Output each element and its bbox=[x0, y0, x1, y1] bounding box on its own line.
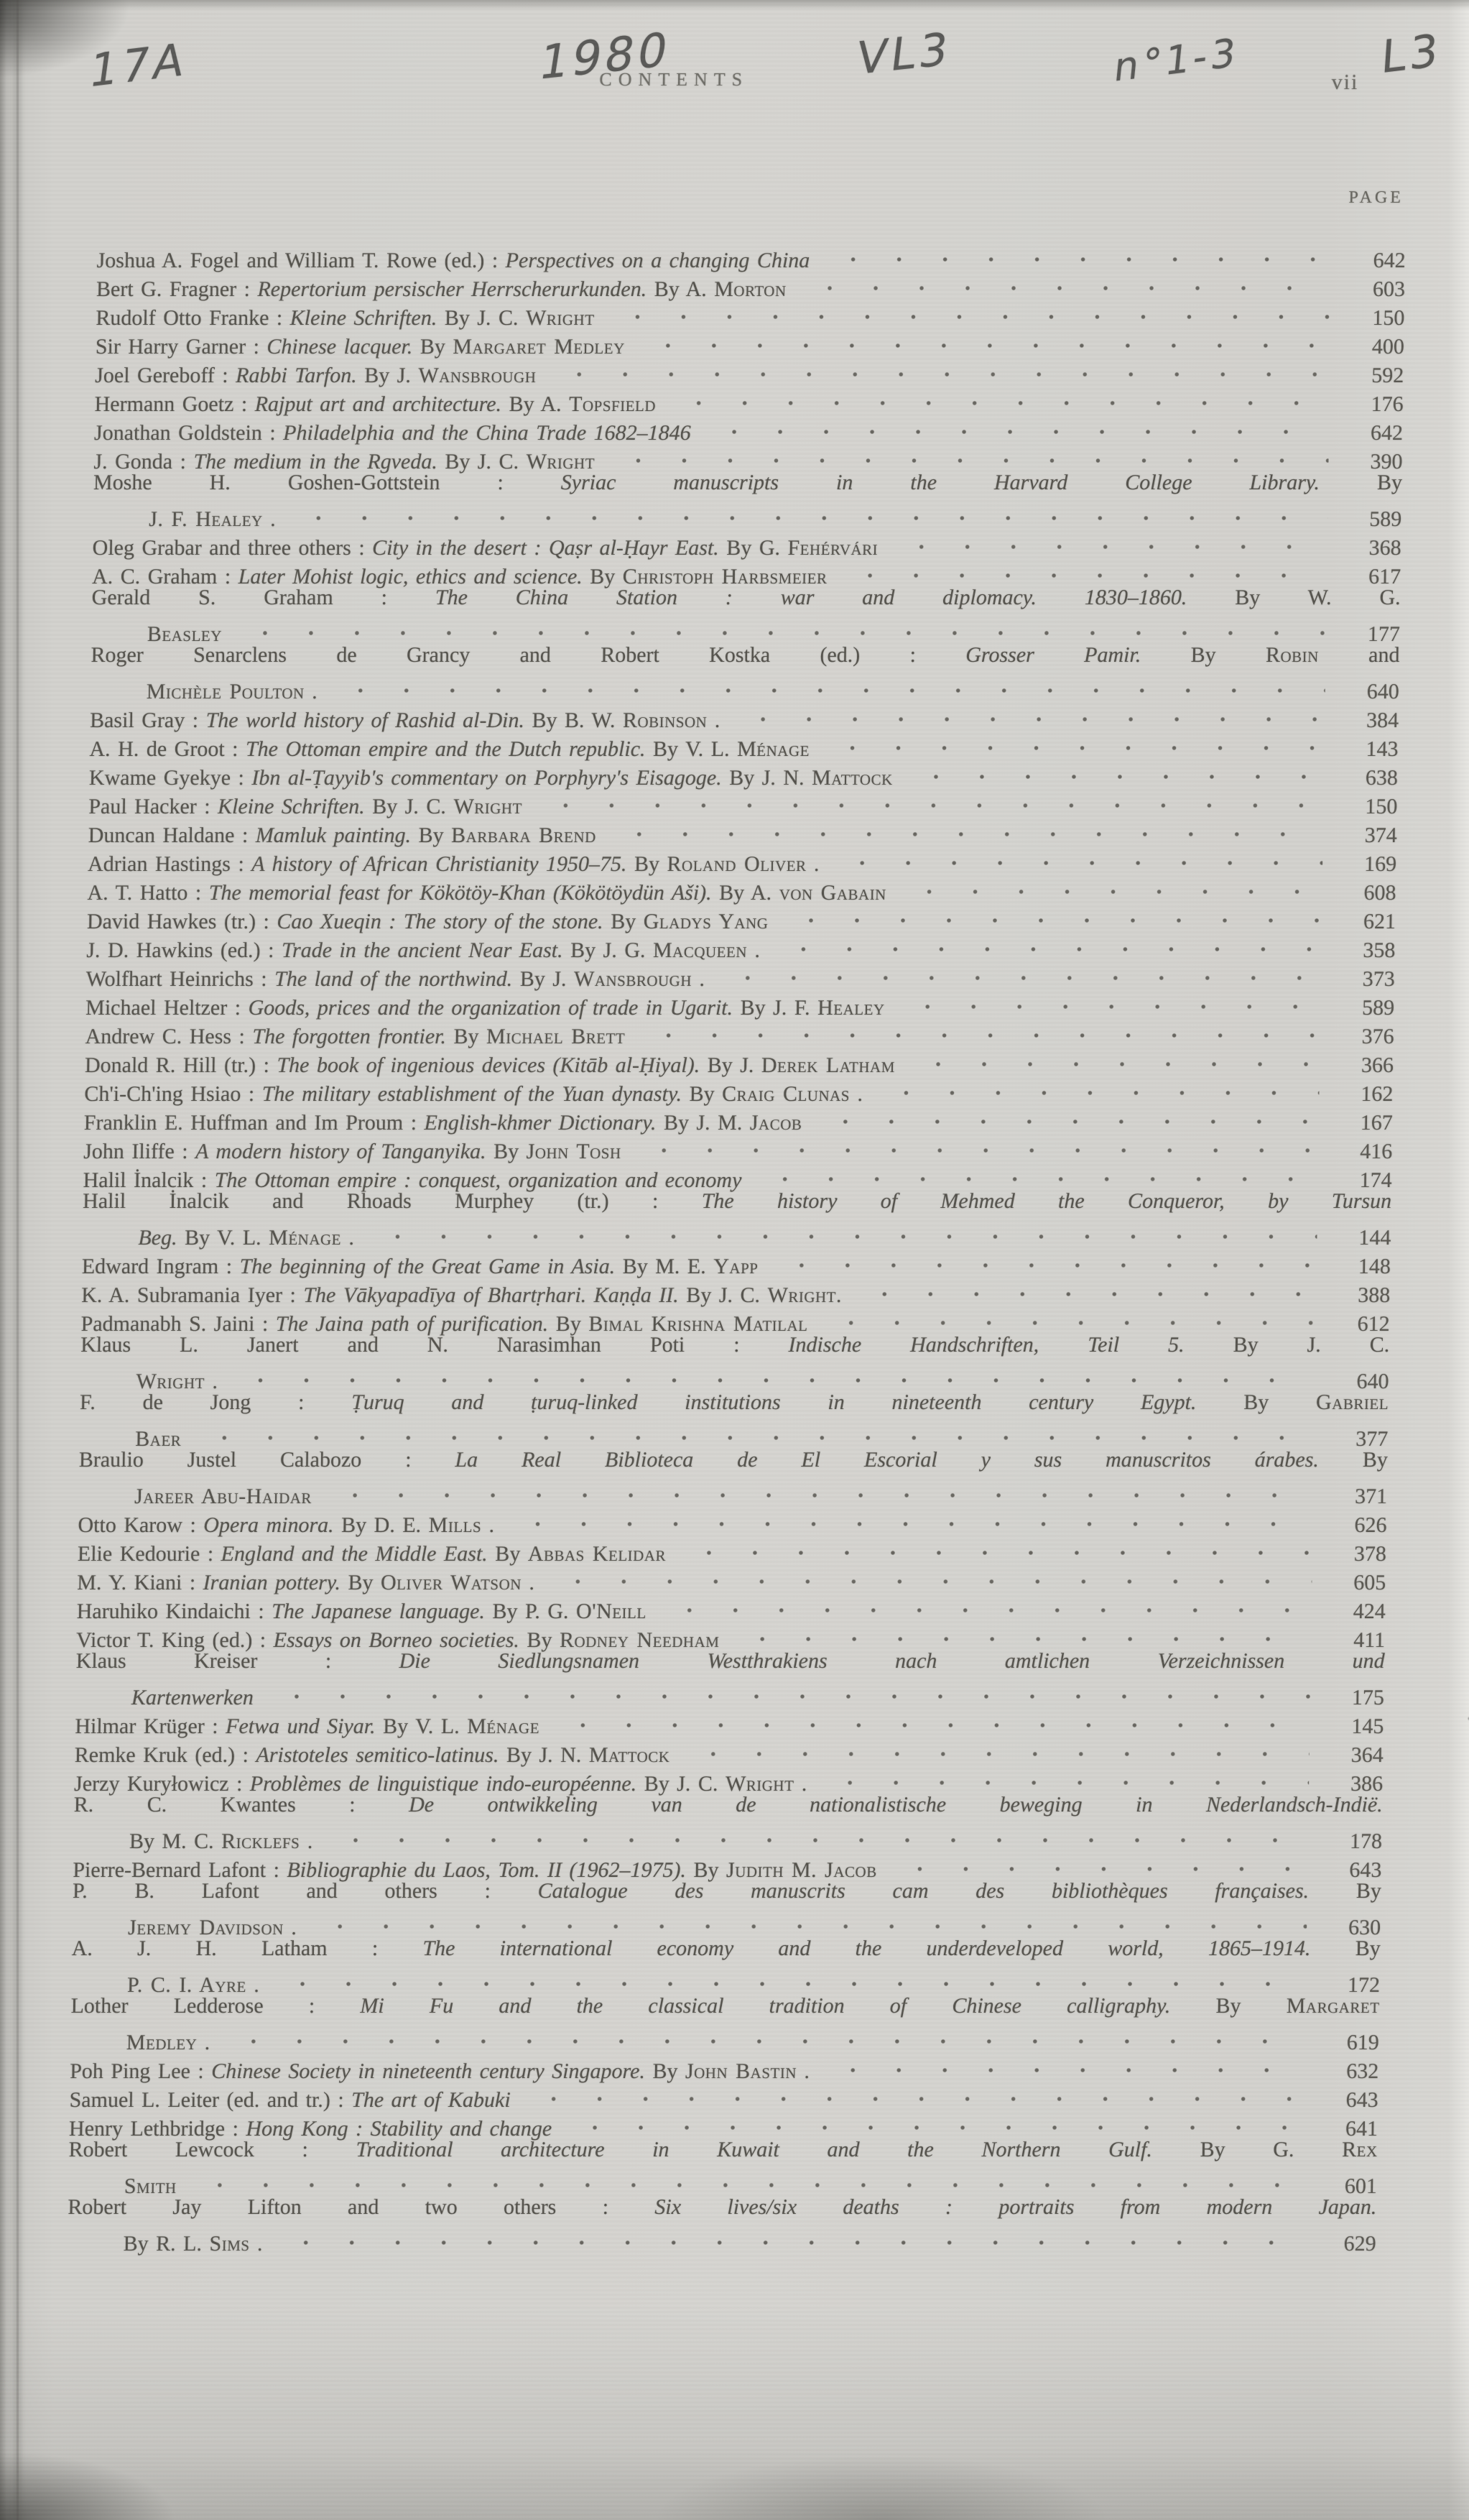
toc-entry-line: Baer377 bbox=[0, 1417, 1448, 1446]
toc-entry-line: F. de Jong : Ṭuruq and ṭuruq-linked inst… bbox=[0, 1388, 1448, 1417]
toc-entry-line: Remke Kruk (ed.) : Aristoteles semitico-… bbox=[0, 1733, 1443, 1762]
toc-entry-line: Halil İnalcik and Rhoads Murphey (tr.) :… bbox=[0, 1187, 1451, 1216]
dot-leader bbox=[778, 900, 1322, 928]
toc-entry-line: Michael Heltzer : Goods, prices and the … bbox=[0, 986, 1455, 1015]
toc-entry-line: Robert Lewcock : Traditional architectur… bbox=[0, 2136, 1437, 2164]
dot-leader bbox=[562, 2107, 1304, 2136]
toc-entry-line: Jareer Abu-Haidar371 bbox=[0, 1474, 1447, 1503]
entry-text: Robert Lewcock : Traditional architectur… bbox=[68, 2136, 1378, 2164]
toc-entry-line: Kartenwerken175 bbox=[0, 1676, 1444, 1704]
dot-leader bbox=[812, 1101, 1319, 1130]
dot-leader bbox=[323, 1819, 1308, 1848]
toc-entry-line: Roger Senarclens de Grancy and Robert Ko… bbox=[0, 641, 1460, 670]
entry-text: A. J. H. Latham : The international econ… bbox=[71, 1934, 1381, 1963]
toc-entry-line: Jonathan Goldstein : Philadelphia and th… bbox=[0, 411, 1463, 440]
dot-leader bbox=[546, 354, 1330, 382]
toc-entry-line: Joshua A. Fogel and William T. Rowe (ed.… bbox=[0, 239, 1465, 267]
entry-text: Gerald S. Graham : The China Station : w… bbox=[91, 583, 1401, 612]
toc-entry-line: Beg. By V. L. Ménage .144 bbox=[0, 1216, 1451, 1245]
dot-leader bbox=[730, 698, 1325, 727]
toc-entry-line: By R. L. Sims .629 bbox=[0, 2222, 1436, 2251]
entry-text: P. B. Lafont and others : Catalogue des … bbox=[73, 1877, 1382, 1906]
dot-leader bbox=[768, 1245, 1317, 1273]
dot-leader bbox=[191, 1417, 1315, 1446]
toc-entry-line: Joel Gereboff : Rabbi Tarfon. By J. Wans… bbox=[0, 354, 1464, 382]
toc-entry-line: David Hawkes (tr.) : Cao Xueqin : The st… bbox=[0, 900, 1455, 928]
dot-leader bbox=[328, 670, 1326, 698]
dot-leader bbox=[532, 785, 1324, 813]
toc-entry-line: Samuel L. Leiter (ed. and tr.) : The art… bbox=[0, 2078, 1438, 2107]
dot-leader bbox=[751, 1158, 1318, 1187]
handwritten-annotation: VL3 bbox=[854, 22, 955, 86]
entry-text: Braulio Justel Calabozo : La Real Biblio… bbox=[79, 1446, 1389, 1474]
dot-leader bbox=[286, 497, 1328, 526]
toc-entry-line: Kwame Gyekye : Ibn al-Ṭayyib's commentar… bbox=[0, 756, 1458, 785]
entry-text: By R. L. Sims . bbox=[123, 2230, 262, 2258]
dot-leader bbox=[676, 1532, 1312, 1561]
dot-leader bbox=[228, 1360, 1315, 1388]
handwritten-annotation: 17A bbox=[86, 32, 191, 98]
dot-leader bbox=[272, 2222, 1302, 2251]
entry-text: Klaus L. Janert and N. Narasimhan Poti :… bbox=[80, 1331, 1390, 1360]
toc-entry-line: Donald R. Hill (tr.) : The book of ingen… bbox=[0, 1043, 1453, 1072]
dot-leader bbox=[264, 1676, 1311, 1704]
toc-entry-line: Smith601 bbox=[0, 2164, 1437, 2193]
entry-text: Klaus Kreiser : Die Siedlungsnamen Westt… bbox=[75, 1647, 1385, 1676]
toc-entry-line: Robert Jay Lifton and two others : Six l… bbox=[0, 2193, 1437, 2222]
toc-entry-line: Gerald S. Graham : The China Station : w… bbox=[0, 583, 1460, 612]
dot-leader bbox=[631, 1130, 1319, 1158]
toc-entry-line: Henry Lethbridge : Hong Kong : Stability… bbox=[0, 2107, 1437, 2136]
dot-leader bbox=[701, 411, 1330, 440]
toc-entry-line: A. C. Graham : Later Mohist logic, ethic… bbox=[0, 555, 1461, 583]
toc-entry-line: Haruhiko Kindaichi : The Japanese langua… bbox=[0, 1589, 1445, 1618]
toc-entry-line: A. J. H. Latham : The international econ… bbox=[0, 1934, 1440, 1963]
dot-leader bbox=[770, 928, 1322, 957]
entry-text: Robert Jay Lifton and two others : Six l… bbox=[68, 2193, 1377, 2222]
dot-leader bbox=[307, 1906, 1307, 1934]
gutter-shadow bbox=[17, 0, 19, 2520]
dot-leader bbox=[888, 526, 1327, 555]
toc-entry-line: Jerzy Kuryłowicz : Problèmes de linguist… bbox=[0, 1762, 1443, 1791]
dot-leader bbox=[903, 756, 1325, 785]
toc-entry-line: J. Gonda : The medium in the Rgveda. By … bbox=[0, 440, 1463, 469]
toc-entry-line: R. C. Kwantes : De ontwikkeling van de n… bbox=[0, 1791, 1442, 1819]
entry-text: Moshe H. Goshen-Gottstein : Syriac manus… bbox=[93, 469, 1403, 497]
toc-entry-line: Basil Gray : The world history of Rashid… bbox=[0, 698, 1459, 727]
toc-entry-line: Edward Ingram : The beginning of the Gre… bbox=[0, 1245, 1450, 1273]
toc-entry-line: A. T. Hatto : The memorial feast for Kök… bbox=[0, 871, 1456, 900]
toc-entry-line: J. D. Hawkins (ed.) : Trade in the ancie… bbox=[0, 928, 1455, 957]
toc-entry-line: Halil İnalcik : The Ottoman empire : con… bbox=[0, 1158, 1452, 1187]
toc-entry-line: Ch'i-Ch'ing Hsiao : The military establi… bbox=[0, 1072, 1453, 1101]
toc-entry-line: Otto Karow : Opera minora. By D. E. Mill… bbox=[0, 1503, 1447, 1532]
toc-entry-line: P. C. I. Ayre .172 bbox=[0, 1963, 1440, 1992]
toc-entry-line: Klaus L. Janert and N. Narasimhan Poti :… bbox=[0, 1331, 1450, 1360]
toc-entry-line: Lother Ledderose : Mi Fu and the classic… bbox=[0, 1992, 1440, 2021]
toc-entry-line: K. A. Subramania Iyer : The Vākyapadīya … bbox=[0, 1273, 1450, 1302]
folio-number: vii bbox=[1331, 70, 1358, 95]
toc-entry-line: Pierre-Bernard Lafont : Bibliographie du… bbox=[0, 1848, 1442, 1877]
dot-leader bbox=[820, 239, 1332, 267]
contents-title: CONTENTS bbox=[599, 69, 749, 91]
scan-page: 17A 1980 VL3 n°1-3 L3 CONTENTS vii PAGE … bbox=[0, 0, 1469, 2520]
toc-entry-line: Rudolf Otto Franke : Kleine Schriften. B… bbox=[0, 296, 1465, 325]
dot-leader bbox=[232, 612, 1327, 641]
toc-entry-line: By M. C. Ricklefs .178 bbox=[0, 1819, 1442, 1848]
toc-entry-line: Klaus Kreiser : Die Siedlungsnamen Westt… bbox=[0, 1647, 1445, 1676]
toc-entry-line: Medley .619 bbox=[0, 2021, 1439, 2049]
toc-entry-line: Paul Hacker : Kleine Schriften. By J. C.… bbox=[0, 785, 1458, 813]
dot-leader bbox=[837, 555, 1327, 583]
dot-leader bbox=[504, 1503, 1313, 1532]
dot-leader bbox=[550, 1704, 1310, 1733]
dot-leader bbox=[605, 440, 1329, 469]
dot-leader bbox=[715, 957, 1321, 986]
toc-entry-line: Jeremy Davidson .630 bbox=[0, 1906, 1441, 1934]
dot-leader bbox=[796, 267, 1331, 296]
toc-entry-line: Franklin E. Huffman and Im Proum : Engli… bbox=[0, 1101, 1452, 1130]
dot-leader bbox=[635, 325, 1331, 354]
toc-entry-line: Victor T. King (ed.) : Essays on Borneo … bbox=[0, 1618, 1445, 1647]
dot-leader bbox=[820, 727, 1325, 756]
dot-leader bbox=[604, 296, 1330, 325]
dot-leader bbox=[887, 1848, 1308, 1877]
dot-leader bbox=[729, 1618, 1311, 1647]
dot-leader bbox=[829, 842, 1322, 871]
dot-leader bbox=[269, 1963, 1307, 1992]
toc-list: Joshua A. Fogel and William T. Rowe (ed.… bbox=[0, 239, 1465, 2251]
toc-entry-line: Braulio Justel Calabozo : La Real Biblio… bbox=[0, 1446, 1447, 1474]
scanned-document: { "page": { "annotations": ["17A", "1980… bbox=[0, 0, 1469, 2520]
dot-leader bbox=[820, 2049, 1305, 2078]
toc-entry-line: Bert G. Fragner : Repertorium persischer… bbox=[0, 267, 1465, 296]
dot-leader bbox=[544, 1561, 1312, 1589]
toc-entry-line: Sir Harry Garner : Chinese lacquer. By M… bbox=[0, 325, 1464, 354]
dot-leader bbox=[635, 1015, 1320, 1043]
dot-leader bbox=[873, 1072, 1320, 1101]
dot-leader bbox=[905, 1043, 1320, 1072]
dot-leader bbox=[606, 813, 1323, 842]
toc-entry-line: Elie Kedourie : England and the Middle E… bbox=[0, 1532, 1446, 1561]
toc-entry-line: M. Y. Kiani : Iranian pottery. By Oliver… bbox=[0, 1561, 1446, 1589]
dot-leader bbox=[521, 2078, 1305, 2107]
toc-entry-line: Michèle Poulton .640 bbox=[0, 670, 1459, 698]
entry-text: Roger Senarclens de Grancy and Robert Ko… bbox=[91, 641, 1400, 670]
toc-entry-line: Andrew C. Hess : The forgotten frontier.… bbox=[0, 1015, 1454, 1043]
entry-text: F. de Jong : Ṭuruq and ṭuruq-linked inst… bbox=[80, 1388, 1389, 1417]
toc-entry-line: Wolfhart Heinrichs : The land of the nor… bbox=[0, 957, 1455, 986]
dot-leader bbox=[817, 1762, 1309, 1791]
handwritten-annotation: L3 bbox=[1380, 23, 1444, 83]
toc-entry-line: J. F. Healey .589 bbox=[0, 497, 1462, 526]
dot-leader bbox=[851, 1273, 1316, 1302]
toc-entry-line: Duncan Haldane : Mamluk painting. By Bar… bbox=[0, 813, 1457, 842]
toc-entry-line: Hilmar Krüger : Fetwa und Siyar. By V. L… bbox=[0, 1704, 1444, 1733]
dot-leader bbox=[894, 986, 1320, 1015]
entry-text: Lother Ledderose : Mi Fu and the classic… bbox=[70, 1992, 1380, 2021]
dot-leader bbox=[220, 2021, 1305, 2049]
dot-leader bbox=[666, 382, 1330, 411]
toc-entry-line: Moshe H. Goshen-Gottstein : Syriac manus… bbox=[0, 469, 1462, 497]
entry-text: R. C. Kwantes : De ontwikkeling van de n… bbox=[73, 1791, 1383, 1819]
toc-entry-line: P. B. Lafont and others : Catalogue des … bbox=[0, 1877, 1441, 1906]
toc-entry-line: Poh Ping Lee : Chinese Society in ninete… bbox=[0, 2049, 1439, 2078]
toc-entry-line: John Iliffe : A modern history of Tangan… bbox=[0, 1130, 1452, 1158]
toc-entry-line: Oleg Grabar and three others : City in t… bbox=[0, 526, 1461, 555]
dot-leader bbox=[187, 2164, 1304, 2193]
toc-entry-line: Adrian Hastings : A history of African C… bbox=[0, 842, 1457, 871]
handwritten-annotation: n°1-3 bbox=[1112, 29, 1241, 91]
dot-leader bbox=[364, 1216, 1317, 1245]
page-number: 629 bbox=[1307, 2230, 1376, 2258]
toc-entry-line: Hermann Goetz : Rajput art and architect… bbox=[0, 382, 1463, 411]
toc-entry-line: Beasley177 bbox=[0, 612, 1460, 641]
dot-leader bbox=[896, 871, 1322, 900]
toc-entry-line: A. H. de Groot : The Ottoman empire and … bbox=[0, 727, 1458, 756]
page-column-label: PAGE bbox=[1348, 188, 1404, 208]
dot-leader bbox=[680, 1733, 1310, 1762]
dot-leader bbox=[657, 1589, 1312, 1618]
toc-entry-line: Wright .640 bbox=[0, 1360, 1449, 1388]
toc-entry-line: Padmanabh S. Jaini : The Jaina path of p… bbox=[0, 1302, 1450, 1331]
dot-leader bbox=[322, 1474, 1314, 1503]
dot-leader bbox=[817, 1302, 1316, 1331]
entry-text: Halil İnalcik and Rhoads Murphey (tr.) :… bbox=[83, 1187, 1392, 1216]
